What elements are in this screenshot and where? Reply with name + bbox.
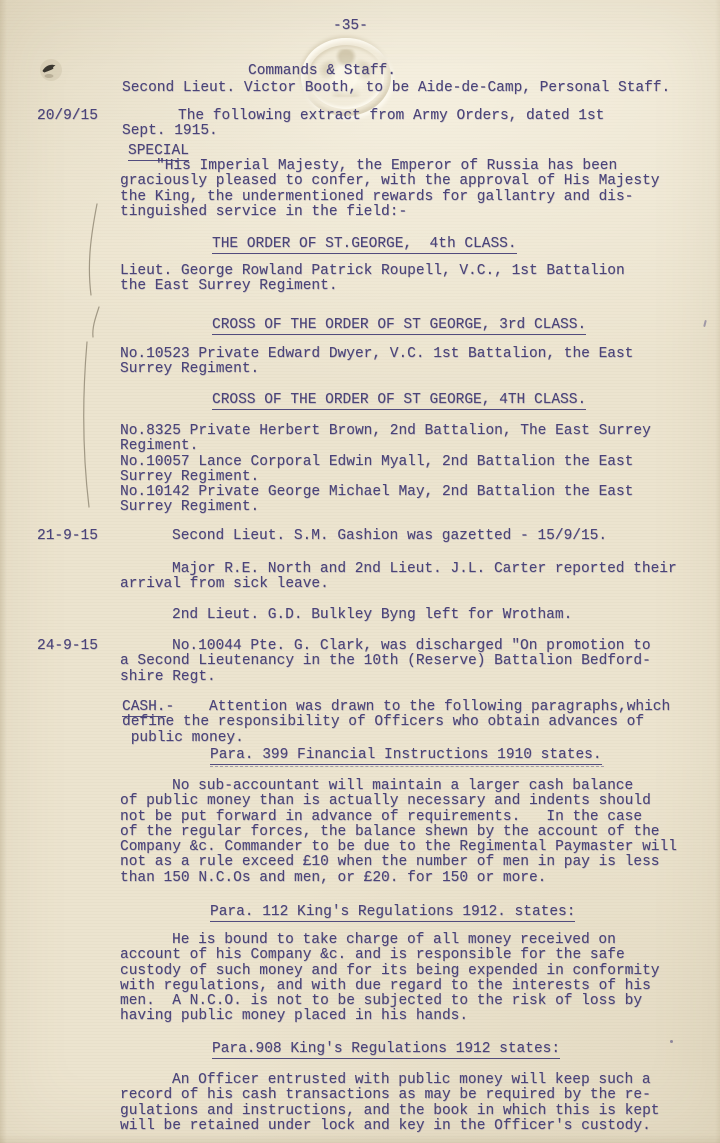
section-title: Commands & Staff. (248, 64, 396, 79)
ink-speck (703, 320, 707, 327)
award-heading-label: CROSS OF THE ORDER OF ST GEORGE, 3rd CLA… (212, 317, 586, 335)
cash-body: - Attention was drawn to the following p… (122, 699, 670, 746)
ink-blot-icon (36, 56, 66, 86)
special-heading: SPECIAL (128, 144, 189, 159)
regulation-heading: Para.908 King's Regulations 1912 states: (212, 1042, 560, 1057)
regulation-heading-label: Para. 399 Financial Instructions 1910 st… (210, 747, 602, 765)
ink-speck (670, 1040, 673, 1043)
cash-paragraph: CASH.- Attention was drawn to the follow… (122, 700, 720, 746)
diary-note: Major R.E. North and 2nd Lieut. J.L. Car… (120, 562, 720, 593)
army-order-quote: "His Imperial Majesty, the Emperor of Ru… (120, 159, 720, 220)
margin-date: 21-9-15 (37, 529, 98, 544)
diary-note: Second Lieut. S.M. Gashion was gazetted … (120, 529, 720, 544)
regulation-body: He is bound to take charge of all money … (120, 933, 720, 1025)
regulation-body: An Officer entrusted with public money w… (120, 1073, 720, 1134)
diary-note: No.10044 Pte. G. Clark, was discharged "… (120, 639, 720, 685)
appointment-line: Second Lieut. Victor Booth, to be Aide-d… (122, 81, 670, 96)
double-underline-rule (210, 766, 604, 767)
entry-intro: The following extract from Army Orders, … (122, 109, 720, 140)
award-heading: CROSS OF THE ORDER OF ST GEORGE, 3rd CLA… (212, 318, 586, 333)
regulation-heading-label: Para. 112 King's Regulations 1912. state… (210, 904, 575, 922)
award-recipients: No.8325 Private Herbert Brown, 2nd Batta… (120, 424, 720, 516)
margin-date: 24-9-15 (37, 639, 98, 654)
regulation-heading: Para. 399 Financial Instructions 1910 st… (210, 748, 602, 763)
regulation-body: No sub-accountant will maintain a larger… (120, 779, 720, 886)
regulation-heading: Para. 112 King's Regulations 1912. state… (210, 905, 575, 920)
award-heading: THE ORDER OF ST.GEORGE, 4th CLASS. (212, 237, 517, 252)
award-heading-label: THE ORDER OF ST.GEORGE, 4th CLASS. (212, 236, 517, 254)
award-recipients: Lieut. George Rowland Patrick Roupell, V… (120, 264, 720, 295)
margin-date: 20/9/15 (37, 109, 98, 124)
award-recipients: No.10523 Private Edward Dwyer, V.C. 1st … (120, 347, 720, 378)
document-page: -35- Commands & Staff. Second Lieut. Vic… (0, 0, 720, 1143)
regulation-heading-label: Para.908 King's Regulations 1912 states: (212, 1041, 560, 1059)
award-heading: CROSS OF THE ORDER OF ST GEORGE, 4TH CLA… (212, 393, 586, 408)
diary-note: 2nd Lieut. G.D. Bulkley Byng left for Wr… (120, 608, 720, 623)
award-heading-label: CROSS OF THE ORDER OF ST GEORGE, 4TH CLA… (212, 392, 586, 410)
page-number: -35- (333, 19, 368, 34)
